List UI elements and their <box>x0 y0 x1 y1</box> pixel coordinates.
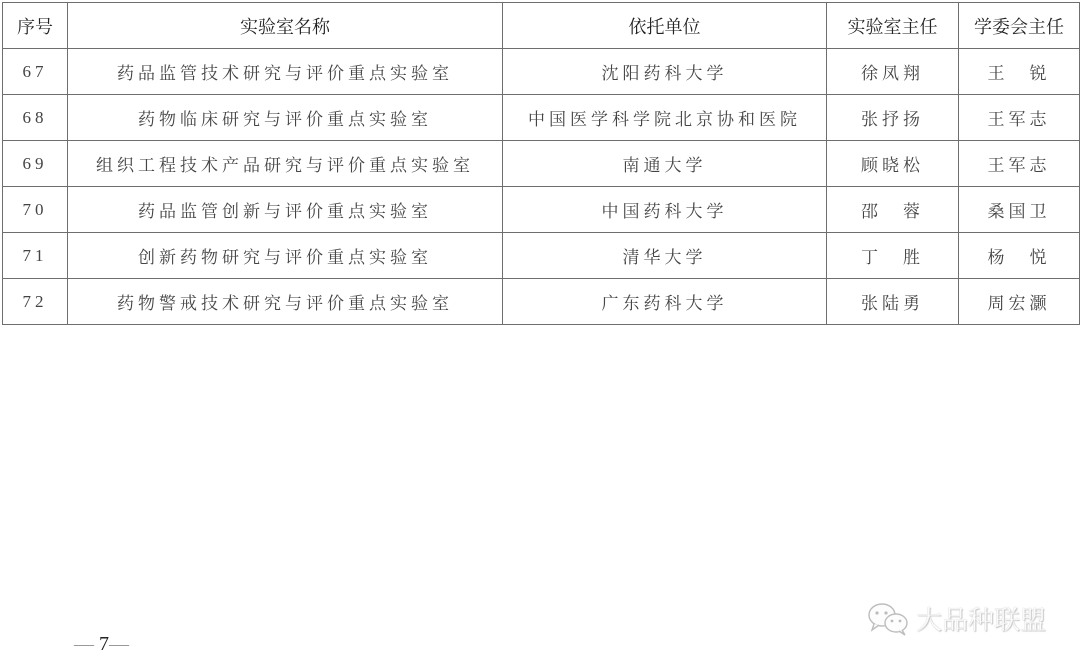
table-row: 72 药物警戒技术研究与评价重点实验室 广东药科大学 张陆勇 周宏灏 <box>3 279 1080 325</box>
lab-table: 序号 实验室名称 依托单位 实验室主任 学委会主任 67 药品监管技术研究与评价… <box>2 2 1080 325</box>
header-committee-chair: 学委会主任 <box>959 3 1080 49</box>
cell-lab-name: 组织工程技术产品研究与评价重点实验室 <box>68 141 503 187</box>
cell-host-unit: 南通大学 <box>503 141 827 187</box>
cell-num: 70 <box>3 187 68 233</box>
cell-host-unit: 中国医学科学院北京协和医院 <box>503 95 827 141</box>
page-dash-left: — <box>74 633 99 655</box>
page-number-value: 7 <box>99 633 109 655</box>
wechat-icon <box>866 601 910 637</box>
cell-lab-director: 徐凤翔 <box>827 49 959 95</box>
cell-committee-chair: 杨 悦 <box>959 233 1080 279</box>
cell-committee-chair: 王军志 <box>959 95 1080 141</box>
watermark-text: 大品种联盟 <box>916 600 1046 637</box>
cell-num: 71 <box>3 233 68 279</box>
table-row: 67 药品监管技术研究与评价重点实验室 沈阳药科大学 徐凤翔 王 锐 <box>3 49 1080 95</box>
cell-lab-name: 药品监管技术研究与评价重点实验室 <box>68 49 503 95</box>
table-row: 71 创新药物研究与评价重点实验室 清华大学 丁 胜 杨 悦 <box>3 233 1080 279</box>
cell-committee-chair: 王 锐 <box>959 49 1080 95</box>
table-row: 68 药物临床研究与评价重点实验室 中国医学科学院北京协和医院 张抒扬 王军志 <box>3 95 1080 141</box>
cell-lab-director: 丁 胜 <box>827 233 959 279</box>
header-lab-director: 实验室主任 <box>827 3 959 49</box>
cell-lab-director: 张陆勇 <box>827 279 959 325</box>
cell-host-unit: 沈阳药科大学 <box>503 49 827 95</box>
header-num: 序号 <box>3 3 68 49</box>
cell-committee-chair: 桑国卫 <box>959 187 1080 233</box>
watermark: 大品种联盟 <box>866 600 1046 637</box>
cell-committee-chair: 周宏灏 <box>959 279 1080 325</box>
table-row: 69 组织工程技术产品研究与评价重点实验室 南通大学 顾晓松 王军志 <box>3 141 1080 187</box>
header-host-unit: 依托单位 <box>503 3 827 49</box>
cell-host-unit: 清华大学 <box>503 233 827 279</box>
cell-committee-chair: 王军志 <box>959 141 1080 187</box>
header-lab-name: 实验室名称 <box>68 3 503 49</box>
cell-lab-name: 药品监管创新与评价重点实验室 <box>68 187 503 233</box>
table-row: 70 药品监管创新与评价重点实验室 中国药科大学 邵 蓉 桑国卫 <box>3 187 1080 233</box>
cell-num: 69 <box>3 141 68 187</box>
cell-num: 72 <box>3 279 68 325</box>
cell-num: 68 <box>3 95 68 141</box>
cell-lab-director: 顾晓松 <box>827 141 959 187</box>
cell-lab-name: 药物警戒技术研究与评价重点实验室 <box>68 279 503 325</box>
page-number: — 7— <box>74 633 129 656</box>
cell-host-unit: 广东药科大学 <box>503 279 827 325</box>
cell-host-unit: 中国药科大学 <box>503 187 827 233</box>
cell-lab-director: 邵 蓉 <box>827 187 959 233</box>
cell-lab-name: 药物临床研究与评价重点实验室 <box>68 95 503 141</box>
page-dash-right: — <box>109 633 129 655</box>
cell-num: 67 <box>3 49 68 95</box>
cell-lab-director: 张抒扬 <box>827 95 959 141</box>
table-header-row: 序号 实验室名称 依托单位 实验室主任 学委会主任 <box>3 3 1080 49</box>
cell-lab-name: 创新药物研究与评价重点实验室 <box>68 233 503 279</box>
